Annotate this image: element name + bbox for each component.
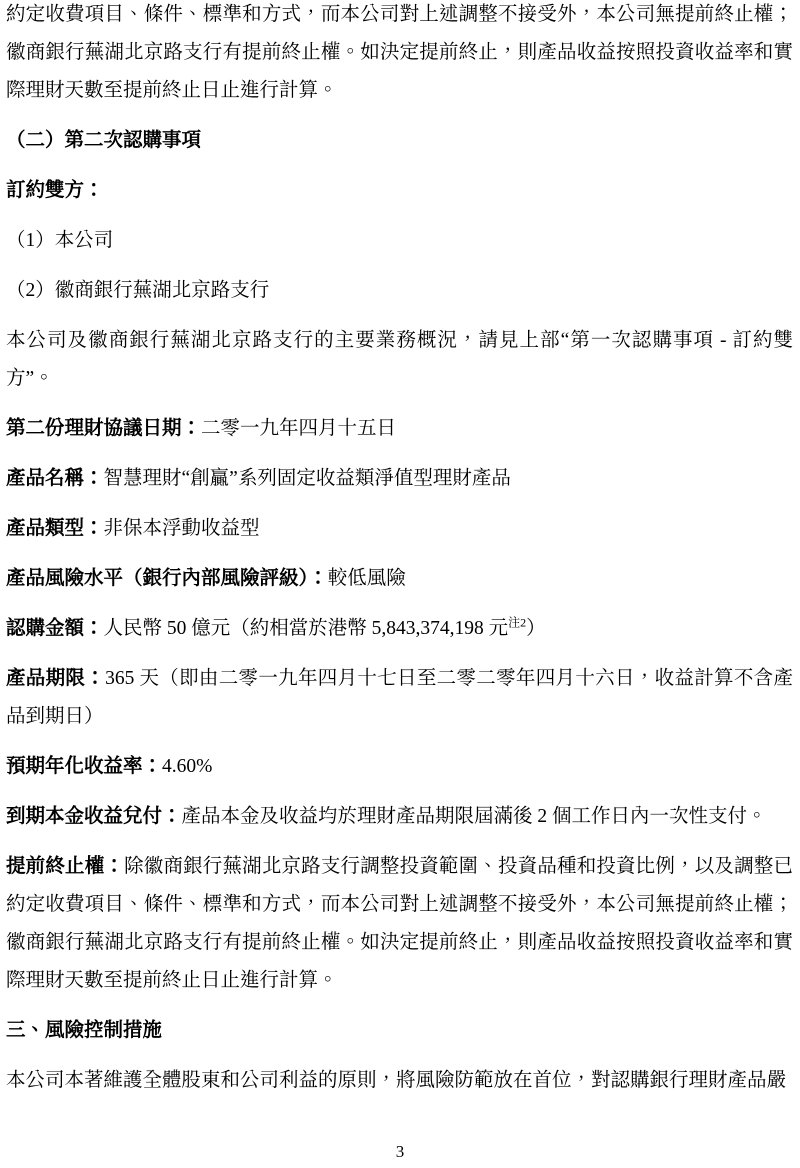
heading-second-subscription: （二）第二次認購事項 <box>6 122 793 160</box>
field-product-name: 產品名稱：智慧理財“創贏”系列固定收益類淨值型理財產品 <box>6 460 793 498</box>
field-risk-level-value: 較低風險 <box>328 568 406 589</box>
heading-risk-control-measures: 三、風險控制措施 <box>6 1012 793 1050</box>
field-maturity-payment: 到期本金收益兌付：產品本金及收益均於理財產品期限屆滿後 2 個工作日內一次性支付… <box>6 798 793 836</box>
field-product-term-value: 365 天（即由二零一九年四月十七日至二零二零年四月十六日，收益計算不含產品到期… <box>6 668 793 727</box>
field-product-name-label: 產品名稱： <box>6 468 104 489</box>
field-maturity-payment-value: 產品本金及收益均於理財產品期限屆滿後 2 個工作日內一次性支付。 <box>182 806 767 827</box>
paragraph-business-overview: 本公司及徽商銀行蕪湖北京路支行的主要業務概況，請見上部“第一次認購事項 - 訂約… <box>6 322 793 398</box>
list-item-party-2: （2）徽商銀行蕪湖北京路支行 <box>6 272 793 310</box>
field-risk-level: 產品風險水平（銀行內部風險評級）：較低風險 <box>6 560 793 598</box>
field-expected-yield-value: 4.60% <box>162 756 212 777</box>
field-risk-level-label: 產品風險水平（銀行內部風險評級）： <box>6 568 328 589</box>
field-expected-yield-label: 預期年化收益率： <box>6 756 162 777</box>
field-subscription-amount: 認購金額：人民幣 50 億元（約相當於港幣 5,843,374,198 元注2） <box>6 610 793 648</box>
field-early-termination-right-value: 除徽商銀行蕪湖北京路支行調整投資範圍、投資品種和投資比例，以及調整已約定收費項目… <box>6 856 793 991</box>
field-maturity-payment-label: 到期本金收益兌付： <box>6 806 182 827</box>
footnote-marker-2: 注2 <box>508 616 526 630</box>
list-item-party-1: （1）本公司 <box>6 222 793 260</box>
field-early-termination-right: 提前終止權：除徽商銀行蕪湖北京路支行調整投資範圍、投資品種和投資比例，以及調整已… <box>6 848 793 1000</box>
field-agreement-date-value: 二零一九年四月十五日 <box>201 418 396 439</box>
document-page: 約定收費項目、條件、標準和方式，而本公司對上述調整不接受外，本公司無提前終止權；… <box>0 0 800 1168</box>
paragraph-risk-control: 本公司本著維護全體股東和公司利益的原則，將風險防範放在首位，對認購銀行理財產品嚴 <box>6 1062 793 1100</box>
field-agreement-date: 第二份理財協議日期：二零一九年四月十五日 <box>6 410 793 448</box>
field-subscription-amount-label: 認購金額： <box>6 618 104 639</box>
field-early-termination-right-label: 提前終止權： <box>6 856 124 877</box>
field-expected-yield: 預期年化收益率：4.60% <box>6 748 793 786</box>
field-subscription-amount-close: ） <box>526 618 546 639</box>
field-product-type-label: 產品類型： <box>6 518 104 539</box>
field-product-term: 產品期限：365 天（即由二零一九年四月十七日至二零二零年四月十六日，收益計算不… <box>6 660 793 736</box>
field-product-type-value: 非保本浮動收益型 <box>104 518 260 539</box>
field-product-term-label: 產品期限： <box>6 668 105 689</box>
paragraph-early-termination-continuation: 約定收費項目、條件、標準和方式，而本公司對上述調整不接受外，本公司無提前終止權；… <box>6 0 793 110</box>
field-product-name-value: 智慧理財“創贏”系列固定收益類淨值型理財產品 <box>104 468 511 489</box>
heading-contract-parties: 訂約雙方： <box>6 172 793 210</box>
page-number: 3 <box>0 1142 800 1162</box>
field-subscription-amount-value: 人民幣 50 億元（約相當於港幣 5,843,374,198 元 <box>104 618 509 639</box>
field-agreement-date-label: 第二份理財協議日期： <box>6 418 201 439</box>
field-product-type: 產品類型：非保本浮動收益型 <box>6 510 793 548</box>
